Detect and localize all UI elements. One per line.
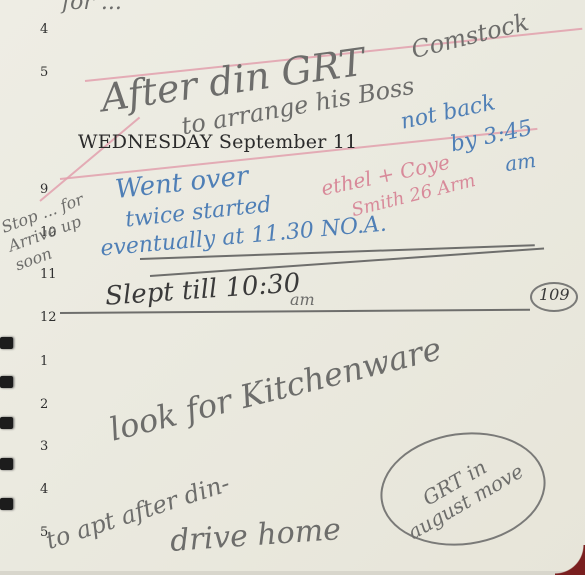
hour-label: 12: [40, 310, 57, 325]
red-cover-corner: [555, 545, 585, 575]
spiral-ring: [0, 498, 13, 510]
handwritten-note: Slept till 10:30: [104, 268, 301, 312]
hour-label: 4: [40, 482, 48, 497]
handwritten-note: Comstock: [408, 8, 531, 64]
hour-label: 2: [40, 397, 48, 412]
handwritten-note: look for Kitchenware: [105, 329, 445, 448]
spiral-ring: [0, 417, 13, 429]
spiral-ring: [0, 337, 13, 349]
handwritten-note: Stop ... for Arrive up soon: [0, 185, 113, 276]
page-number: 109: [539, 285, 570, 304]
handwritten-note: am: [503, 148, 537, 176]
page-edge: [0, 571, 585, 575]
hour-label: 5: [40, 65, 48, 80]
diary-page: 4 5 9 10 11 12 1 2 3 4 5 for ... After d…: [0, 0, 585, 575]
hour-label: 4: [40, 22, 48, 37]
handwritten-note: drive home: [169, 512, 342, 559]
spiral-ring: [0, 376, 13, 388]
hour-label: 1: [40, 354, 48, 369]
spiral-ring: [0, 458, 13, 470]
hour-label: 11: [40, 267, 57, 282]
day-heading: WEDNESDAY September 11: [78, 131, 357, 153]
handwritten-note: am: [290, 290, 315, 309]
hour-label: 3: [40, 439, 48, 454]
handwritten-note: for ...: [62, 0, 122, 15]
